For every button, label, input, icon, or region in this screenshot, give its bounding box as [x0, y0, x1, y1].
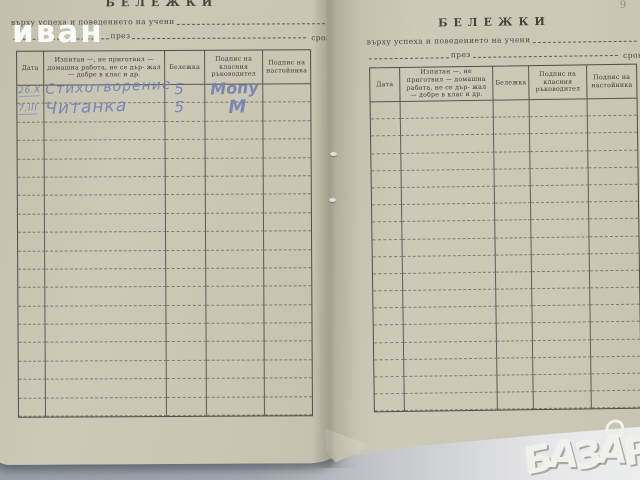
- table-cell: [45, 287, 166, 306]
- page-title: БЕЛЕЖКИ: [356, 14, 632, 31]
- table-cell: [45, 195, 166, 214]
- table-cell: [45, 269, 166, 288]
- table-cell: [402, 204, 495, 222]
- table-cell: [404, 341, 497, 359]
- prez-label: през: [451, 50, 471, 59]
- table-cell: [167, 379, 207, 398]
- table-cell: [206, 268, 264, 287]
- table-cell: [402, 238, 495, 256]
- table-cell: [166, 287, 206, 306]
- table-cell: [591, 374, 640, 392]
- table-cell: [533, 323, 591, 341]
- table-cell: [167, 342, 207, 361]
- table-cell: [533, 357, 591, 375]
- table-cell: [590, 253, 639, 271]
- table-cell: [207, 342, 265, 361]
- table-cell: [372, 239, 402, 257]
- table-cell: [531, 168, 589, 186]
- table-cell: [206, 213, 264, 232]
- table-cell: [591, 339, 640, 357]
- table-cell: [264, 287, 311, 306]
- table-cell: [532, 271, 590, 289]
- col-header-class-teacher-signature: Подпис на класния ръководител: [529, 65, 587, 100]
- table-cell: [373, 308, 403, 326]
- table-cell: [205, 103, 263, 122]
- table-cell: [495, 238, 531, 256]
- table-cell: [18, 270, 45, 289]
- table-cell: [591, 356, 640, 374]
- table-cell: [265, 360, 312, 379]
- table-cell: [165, 103, 205, 122]
- table-cell: [44, 85, 165, 104]
- table-cell: [592, 391, 640, 409]
- table-cell: [495, 186, 531, 204]
- col-header-reason: Изпитан —, не приготвил — домашна работа…: [44, 51, 165, 86]
- table-cell: [531, 220, 589, 238]
- table-cell: [19, 398, 46, 417]
- table-cell: [166, 195, 206, 214]
- table-cell: [531, 202, 589, 220]
- table-cell: [44, 122, 165, 141]
- table-cell: [372, 205, 402, 223]
- table-cell: [205, 84, 263, 103]
- col-header-note: Бележка: [493, 66, 529, 100]
- table-cell: [18, 214, 45, 233]
- table-cell: [590, 305, 639, 323]
- table-cell: [46, 379, 167, 398]
- table-cell: [166, 158, 206, 177]
- table-cell: [532, 254, 590, 272]
- table-cell: [263, 103, 310, 122]
- table-cell: [495, 169, 531, 187]
- fill-line: [369, 50, 449, 59]
- table-cell: [532, 306, 590, 324]
- table-cell: [264, 268, 311, 287]
- table-cell: [206, 176, 264, 195]
- table-cell: [17, 86, 44, 105]
- table-cell: [404, 324, 497, 342]
- table-cell: [44, 103, 165, 122]
- prez-label: през: [111, 31, 131, 40]
- table-cell: [494, 135, 530, 153]
- table-cell: [264, 305, 311, 324]
- table-cell: [166, 232, 206, 251]
- page-title: БЕЛЕЖКИ: [23, 0, 301, 10]
- table-cell: [45, 324, 166, 343]
- table-cell: [530, 99, 588, 117]
- table-cell: [405, 393, 498, 411]
- table-cell: [264, 250, 311, 269]
- col-header-guardian-signature: Подпис на настойника: [587, 65, 636, 100]
- table-cell: [19, 380, 46, 399]
- table-cell: [166, 214, 206, 233]
- right-page: 9 БЕЛЕЖКИ върху успеха и поведението на …: [326, 0, 640, 458]
- table-cell: [496, 306, 532, 324]
- table-cell: [497, 375, 533, 393]
- table-cell: [530, 134, 588, 152]
- table-cell: [588, 99, 637, 117]
- table-cell: [167, 397, 207, 416]
- table-cell: [590, 288, 639, 306]
- table-cell: [19, 362, 46, 381]
- table-cell: [497, 358, 533, 376]
- fill-line: [532, 34, 636, 43]
- table-cell: [402, 187, 495, 205]
- table-cell: [18, 306, 45, 325]
- table-cell: [207, 379, 265, 398]
- table-cell: [590, 271, 639, 289]
- table-cell: [589, 236, 638, 254]
- table-cell: [166, 324, 206, 343]
- table-cell: [401, 135, 494, 153]
- table-cell: [45, 159, 166, 178]
- col-header-class-teacher-signature: Подпис на класния ръководител: [205, 50, 263, 84]
- table-cell: [591, 322, 640, 340]
- table-cell: [207, 397, 265, 416]
- table-cell: [263, 121, 310, 140]
- table-cell: [373, 291, 403, 309]
- subtitle-text: върху успеха и поведението на учени: [367, 35, 531, 46]
- col-header-date: Дата: [17, 52, 44, 86]
- table-cell: [498, 392, 534, 410]
- table-cell: [533, 374, 591, 392]
- table-cell: [530, 151, 588, 169]
- table-cell: [496, 272, 532, 290]
- table-cell: [531, 185, 589, 203]
- table-cell: [372, 171, 402, 189]
- table-cell: [166, 140, 206, 159]
- table-cell: [375, 394, 405, 412]
- table-cell: [206, 287, 264, 306]
- table-cell: [18, 178, 45, 197]
- table-cell: [264, 213, 311, 232]
- table-cell: [374, 377, 404, 395]
- table-cell: [264, 139, 311, 158]
- table-cell: [374, 325, 404, 343]
- page-number: 9: [620, 0, 627, 11]
- table-cell: [46, 398, 167, 417]
- table-cell: [494, 152, 530, 170]
- staple-mark: [329, 198, 336, 202]
- staple-mark: [330, 152, 337, 156]
- seller-watermark: иван: [12, 14, 104, 50]
- table-cell: [206, 140, 264, 159]
- table-cell: [371, 102, 401, 120]
- table-cell: [372, 188, 402, 206]
- table-cell: [46, 342, 167, 361]
- table-cell: [371, 136, 401, 154]
- table-cell: [166, 305, 206, 324]
- table-cell: [589, 185, 638, 203]
- subtitle-line: върху успеха и поведението на учени: [367, 34, 639, 47]
- col-header-date: Дата: [370, 68, 400, 102]
- table-cell: [207, 360, 265, 379]
- table-cell: [18, 233, 45, 252]
- table-cell: [206, 195, 264, 214]
- table-cell: [166, 269, 206, 288]
- table-cell: [206, 250, 264, 269]
- notes-table: Дата Изпитан —, не приготвил — домашна р…: [16, 49, 313, 418]
- table-cell: [45, 306, 166, 325]
- table-cell: [589, 202, 638, 220]
- table-cell: [19, 343, 46, 362]
- table-cell: [532, 288, 590, 306]
- table-cell: [165, 122, 205, 141]
- table-cell: [589, 167, 638, 185]
- table-cell: [497, 324, 533, 342]
- table-cell: [18, 159, 45, 178]
- table-cell: [373, 257, 403, 275]
- table-cell: [374, 360, 404, 378]
- table-cell: [165, 85, 205, 104]
- col-header-reason: Изпитан —, не приготвил — домашна работа…: [400, 67, 493, 102]
- table-cell: [18, 288, 45, 307]
- table-cell: [206, 305, 264, 324]
- table-cell: [263, 84, 310, 103]
- table-cell: [206, 232, 264, 251]
- table-cell: [402, 221, 495, 239]
- table-cell: [494, 100, 530, 118]
- table-cell: [18, 325, 45, 344]
- table-cell: [205, 121, 263, 140]
- table-cell: [588, 116, 637, 134]
- table-cell: [404, 376, 497, 394]
- table-cell: [588, 150, 637, 168]
- table-cell: [496, 255, 532, 273]
- table-cell: [403, 307, 496, 325]
- table-cell: [588, 133, 637, 151]
- table-cell: [533, 340, 591, 358]
- table-cell: [495, 220, 531, 238]
- table-cell: [371, 119, 401, 137]
- table-cell: [401, 118, 494, 136]
- table-cell: [45, 177, 166, 196]
- table-cell: [264, 195, 311, 214]
- col-header-note: Бележка: [165, 51, 205, 85]
- table-cell: [206, 324, 264, 343]
- table-cell: [530, 117, 588, 135]
- fill-line: [132, 30, 306, 39]
- table-cell: [265, 378, 312, 397]
- table-cell: [45, 232, 166, 251]
- table-cell: [495, 203, 531, 221]
- table-cell: [589, 219, 638, 237]
- left-page: БЕЛЕЖКИ върху успеха и поведението на уч…: [0, 0, 343, 465]
- table-cell: [403, 273, 496, 291]
- table-cell: [372, 222, 402, 240]
- table-cell: [264, 231, 311, 250]
- table-cell: [371, 154, 401, 172]
- fill-line: [473, 48, 618, 58]
- table-cell: [166, 177, 206, 196]
- table-cell: [264, 176, 311, 195]
- table-cell: [167, 361, 207, 380]
- table-cell: [374, 343, 404, 361]
- table-cell: [403, 255, 496, 273]
- table-cell: [46, 361, 167, 380]
- term-line: през срок: [367, 48, 640, 61]
- table-cell: [17, 104, 44, 123]
- table-cell: [265, 397, 312, 416]
- table-cell: [531, 237, 589, 255]
- col-header-guardian-signature: Подпис на настойника: [263, 50, 310, 84]
- table-cell: [497, 341, 533, 359]
- table-cell: [45, 140, 166, 159]
- table-cell: [401, 152, 494, 170]
- table-cell: [494, 117, 530, 135]
- srok-label: срок: [623, 51, 640, 60]
- photo-of-school-record-book: БЕЛЕЖКИ върху успеха и поведението на уч…: [0, 0, 640, 480]
- table-cell: [18, 251, 45, 270]
- table-cell: [534, 392, 592, 410]
- table-cell: [17, 122, 44, 141]
- table-cell: [264, 323, 311, 342]
- notes-table: Дата Изпитан —, не приготвил — домашна р…: [369, 64, 640, 413]
- table-cell: [206, 158, 264, 177]
- table-cell: [404, 358, 497, 376]
- table-cell: [402, 169, 495, 187]
- fill-line: [177, 16, 325, 25]
- table-cell: [265, 342, 312, 361]
- table-cell: [401, 101, 494, 119]
- table-cell: [373, 274, 403, 292]
- table-cell: [496, 289, 532, 307]
- table-cell: [166, 250, 206, 269]
- table-cell: [45, 251, 166, 270]
- table-cell: [45, 214, 166, 233]
- table-cell: [18, 196, 45, 215]
- table-cell: [403, 290, 496, 308]
- table-cell: [18, 141, 45, 160]
- table-cell: [264, 158, 311, 177]
